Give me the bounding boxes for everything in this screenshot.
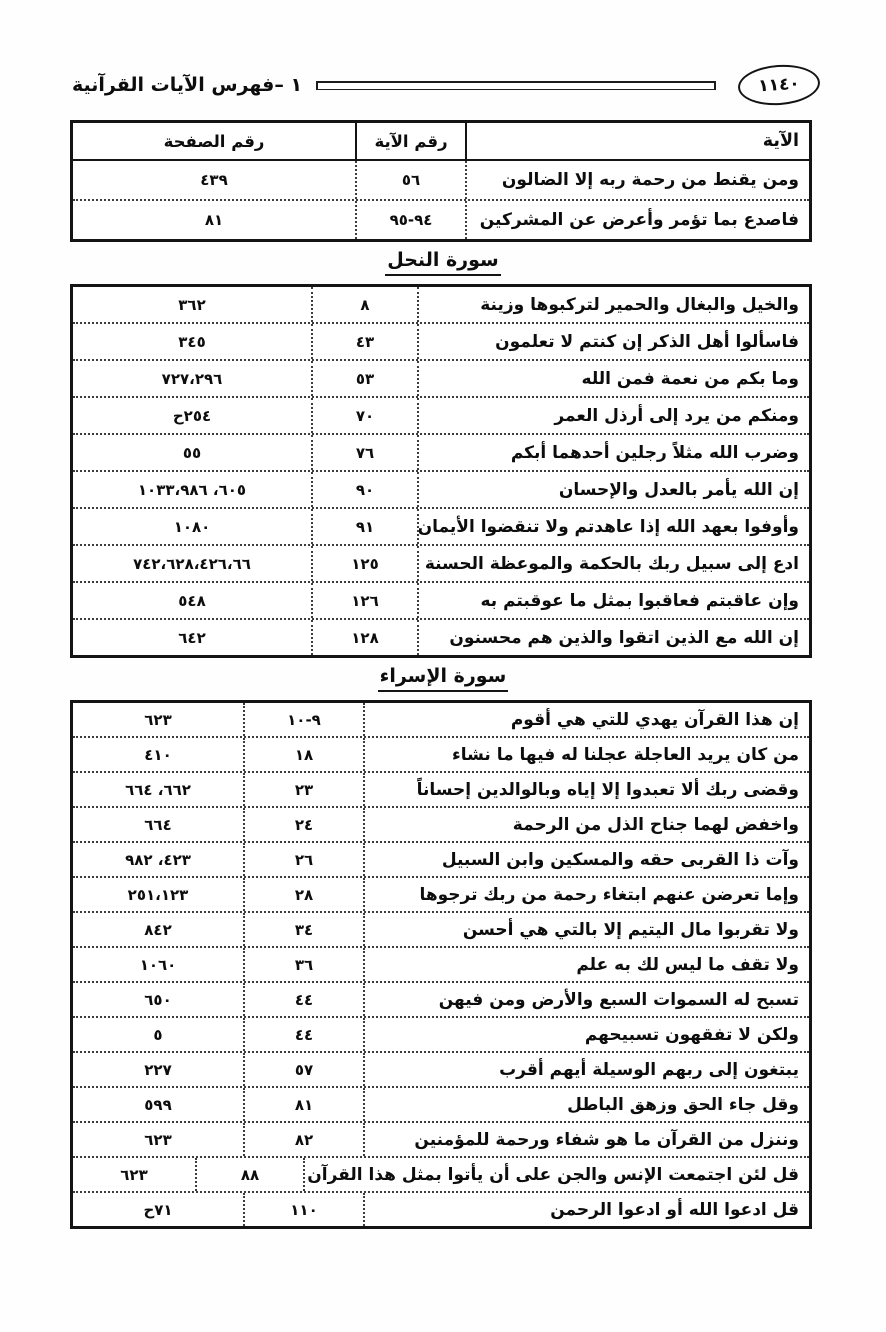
verse-number-cell: ٢٨ xyxy=(243,878,365,911)
page-number-cell: ٢٢٧ xyxy=(73,1053,243,1086)
table-row: ٦٢٣١٠-٩إن هذا القرآن يهدي للتي هي أقوم xyxy=(73,703,809,736)
verse-text-cell: يبتغون إلى ربهم الوسيلة أيهم أقرب xyxy=(365,1053,809,1086)
table-row: ٤١٠١٨من كان يريد العاجلة عجلنا له فيها م… xyxy=(73,736,809,771)
verse-number-cell: ٢٣ xyxy=(243,773,365,806)
table-row: ٣٦٢٨والخيل والبغال والحمير لتركبوها وزين… xyxy=(73,287,809,322)
table-row: ح٧١١١٠قل ادعوا الله أو ادعوا الرحمن xyxy=(73,1191,809,1226)
table-row: ١٠٦٠٣٦ولا تقف ما ليس لك به علم xyxy=(73,946,809,981)
surah-heading-isra: سورة الإسراء xyxy=(378,665,509,692)
table-row: ٥٤٤ولكن لا تفقهون تسبيحهم xyxy=(73,1016,809,1051)
verse-text-cell: وإما تعرضن عنهم ابتغاء رحمة من ربك ترجوه… xyxy=(365,878,809,911)
verse-index-table-isra: ٦٢٣١٠-٩إن هذا القرآن يهدي للتي هي أقوم٤١… xyxy=(70,700,812,1229)
verse-text-cell: فاصدع بما تؤمر وأعرض عن المشركين xyxy=(467,201,809,239)
page-number-cell: ٦٦٤ ،٦٦٢ xyxy=(73,773,243,806)
verse-number-cell: ٧٠ xyxy=(311,398,419,433)
table-row: ح٢٥٤٧٠ومنكم من يرد إلى أرذل العمر xyxy=(73,396,809,433)
table-row: ٦٥٠٤٤تسبح له السموات السبع والأرض ومن في… xyxy=(73,981,809,1016)
page-number-cell: ٥٩٩ xyxy=(73,1088,243,1121)
table-row: ٦٦٤٢٤واخفض لهما جناح الذل من الرحمة xyxy=(73,806,809,841)
page-number-cell: ١٠٨٠ xyxy=(73,509,311,544)
page-number-cell: ٢٥١،١٢٣ xyxy=(73,878,243,911)
table-row: ٦٤٢١٢٨إن الله مع الذين اتقوا والذين هم م… xyxy=(73,618,809,655)
page-number: ١١٤٠ xyxy=(758,74,801,97)
verse-text-cell: وضرب الله مثلاً رجلين أحدهما أبكم xyxy=(419,435,809,470)
verse-number-cell: ٣٦ xyxy=(243,948,365,981)
verse-text-cell: قل لئن اجتمعت الإنس والجن على أن يأتوا ب… xyxy=(305,1158,809,1191)
page-number-cell: ٦٢٣ xyxy=(73,703,243,736)
table-row: ٧٢٧،٢٩٦٥٣وما بكم من نعمة فمن الله xyxy=(73,359,809,396)
surah-heading-nahl: سورة النحل xyxy=(385,249,500,276)
verse-number-cell: ١٢٨ xyxy=(311,620,419,655)
page-number-cell: ٥ xyxy=(73,1018,243,1051)
column-header-page-number: رقم الصفحة xyxy=(73,123,355,159)
table-row: ٦٦٤ ،٦٦٢٢٣وقضى ربك ألا تعبدوا إلا إياه و… xyxy=(73,771,809,806)
table-row: ٢٥١،١٢٣٢٨وإما تعرضن عنهم ابتغاء رحمة من … xyxy=(73,876,809,911)
column-header-verse-number: رقم الآية xyxy=(355,123,467,159)
page-title: ١ –فهرس الآيات القرآنية xyxy=(72,74,302,96)
page-number-cell: ٨٤٢ xyxy=(73,913,243,946)
table-row: ٥٤٨١٢٦وإن عاقبتم فعاقبوا بمثل ما عوقبتم … xyxy=(73,581,809,618)
verse-number-cell: ٥٧ xyxy=(243,1053,365,1086)
verse-number-cell: ١١٠ xyxy=(243,1193,365,1226)
verse-text-cell: فاسألوا أهل الذكر إن كنتم لا تعلمون xyxy=(419,324,809,359)
column-header-verse: الآية xyxy=(467,123,809,159)
verse-text-cell: قل ادعوا الله أو ادعوا الرحمن xyxy=(365,1193,809,1226)
page-number-cell: ٣٤٥ xyxy=(73,324,311,359)
verse-number-cell: ٥٦ xyxy=(355,161,467,199)
page-number-cell: ح٢٥٤ xyxy=(73,398,311,433)
page-header: ١ –فهرس الآيات القرآنية ١١٤٠ xyxy=(72,62,820,108)
verse-text-cell: وآت ذا القربى حقه والمسكين وابن السبيل xyxy=(365,843,809,876)
verse-text-cell: ادع إلى سبيل ربك بالحكمة والموعظة الحسنة xyxy=(419,546,809,581)
verse-text-cell: وأوفوا بعهد الله إذا عاهدتم ولا تنقضوا ا… xyxy=(419,509,809,544)
page-number-cell: ٦٢٣ xyxy=(73,1158,195,1191)
verse-number-cell: ١٠-٩ xyxy=(243,703,365,736)
page-number-cell: ٤٣٩ xyxy=(73,161,355,199)
table-row: ٧٤٢،٦٢٨،٤٢٦،٦٦١٢٥ادع إلى سبيل ربك بالحكم… xyxy=(73,544,809,581)
verse-text-cell: والخيل والبغال والحمير لتركبوها وزينة xyxy=(419,287,809,322)
verse-number-cell: ٤٤ xyxy=(243,1018,365,1051)
verse-text-cell: ولا تقربوا مال اليتيم إلا بالتي هي أحسن xyxy=(365,913,809,946)
section-heading-wrap: سورة النحل xyxy=(0,249,886,279)
page-number-cell: ٩٨٢ ،٤٢٣ xyxy=(73,843,243,876)
verse-number-cell: ٨٢ xyxy=(243,1123,365,1156)
verse-index-table: رقم الصفحة رقم الآية الآية ٤٣٩٥٦ومن يقنط… xyxy=(70,120,812,242)
verse-text-cell: من كان يريد العاجلة عجلنا له فيها ما نشا… xyxy=(365,738,809,771)
verse-text-cell: وما بكم من نعمة فمن الله xyxy=(419,361,809,396)
verse-text-cell: وإن عاقبتم فعاقبوا بمثل ما عوقبتم به xyxy=(419,583,809,618)
scanned-book-page: ١ –فهرس الآيات القرآنية ١١٤٠ رقم الصفحة … xyxy=(0,0,886,1332)
verse-number-cell: ٩٥-٩٤ xyxy=(355,201,467,239)
page-number-cell: ٦٤٢ xyxy=(73,620,311,655)
verse-number-cell: ١٢٥ xyxy=(311,546,419,581)
verse-text-cell: تسبح له السموات السبع والأرض ومن فيهن xyxy=(365,983,809,1016)
verse-number-cell: ٥٣ xyxy=(311,361,419,396)
verse-number-cell: ٣٤ xyxy=(243,913,365,946)
verse-number-cell: ٤٣ xyxy=(311,324,419,359)
verse-number-cell: ٧٦ xyxy=(311,435,419,470)
decorative-rule xyxy=(316,81,716,90)
verse-text-cell: واخفض لهما جناح الذل من الرحمة xyxy=(365,808,809,841)
verse-number-cell: ٨٨ xyxy=(195,1158,305,1191)
table-row: ٣٤٥٤٣فاسألوا أهل الذكر إن كنتم لا تعلمون xyxy=(73,322,809,359)
page-number-badge: ١١٤٠ xyxy=(737,62,822,108)
page-number-cell: ح٧١ xyxy=(73,1193,243,1226)
table-row: ٨١٩٥-٩٤فاصدع بما تؤمر وأعرض عن المشركين xyxy=(73,199,809,239)
table-row: ٦٢٣٨٢وننزل من القرآن ما هو شفاء ورحمة لل… xyxy=(73,1121,809,1156)
verse-text-cell: ولكن لا تفقهون تسبيحهم xyxy=(365,1018,809,1051)
table-row: ٢٢٧٥٧يبتغون إلى ربهم الوسيلة أيهم أقرب xyxy=(73,1051,809,1086)
verse-number-cell: ٩٠ xyxy=(311,472,419,507)
verse-number-cell: ٢٦ xyxy=(243,843,365,876)
table-row: ٦٢٣٨٨قل لئن اجتمعت الإنس والجن على أن يأ… xyxy=(73,1156,809,1191)
page-number-cell: ٥٥ xyxy=(73,435,311,470)
page-number-cell: ٧٤٢،٦٢٨،٤٢٦،٦٦ xyxy=(73,546,311,581)
verse-number-cell: ٤٤ xyxy=(243,983,365,1016)
verse-number-cell: ٩١ xyxy=(311,509,419,544)
section-heading-wrap: سورة الإسراء xyxy=(0,665,886,695)
verse-number-cell: ١٨ xyxy=(243,738,365,771)
page-number-cell: ٥٤٨ xyxy=(73,583,311,618)
verse-text-cell: ومنكم من يرد إلى أرذل العمر xyxy=(419,398,809,433)
page-number-cell: ٧٢٧،٢٩٦ xyxy=(73,361,311,396)
page-number-cell: ١٠٦٠ xyxy=(73,948,243,981)
verse-number-cell: ٢٤ xyxy=(243,808,365,841)
verse-index-table-nahl: ٣٦٢٨والخيل والبغال والحمير لتركبوها وزين… xyxy=(70,284,812,658)
page-number-cell: ١٠٣٣،٩٨٦ ،٦٠٥ xyxy=(73,472,311,507)
table-row: ٩٨٢ ،٤٢٣٢٦وآت ذا القربى حقه والمسكين واب… xyxy=(73,841,809,876)
verse-text-cell: إن الله مع الذين اتقوا والذين هم محسنون xyxy=(419,620,809,655)
verse-text-cell: وقضى ربك ألا تعبدوا إلا إياه وبالوالدين … xyxy=(365,773,809,806)
verse-number-cell: ١٢٦ xyxy=(311,583,419,618)
table-row: ٥٥٧٦وضرب الله مثلاً رجلين أحدهما أبكم xyxy=(73,433,809,470)
table-row: ١٠٨٠٩١وأوفوا بعهد الله إذا عاهدتم ولا تن… xyxy=(73,507,809,544)
verse-number-cell: ٨١ xyxy=(243,1088,365,1121)
verse-text-cell: وننزل من القرآن ما هو شفاء ورحمة للمؤمني… xyxy=(365,1123,809,1156)
page-number-cell: ٤١٠ xyxy=(73,738,243,771)
verse-text-cell: وقل جاء الحق وزهق الباطل xyxy=(365,1088,809,1121)
table-row: ٥٩٩٨١وقل جاء الحق وزهق الباطل xyxy=(73,1086,809,1121)
verse-text-cell: ولا تقف ما ليس لك به علم xyxy=(365,948,809,981)
page-number-cell: ٨١ xyxy=(73,201,355,239)
verse-text-cell: إن الله يأمر بالعدل والإحسان xyxy=(419,472,809,507)
table-header-row: رقم الصفحة رقم الآية الآية xyxy=(73,123,809,161)
table-row: ١٠٣٣،٩٨٦ ،٦٠٥٩٠إن الله يأمر بالعدل والإح… xyxy=(73,470,809,507)
table-row: ٨٤٢٣٤ولا تقربوا مال اليتيم إلا بالتي هي … xyxy=(73,911,809,946)
verse-text-cell: إن هذا القرآن يهدي للتي هي أقوم xyxy=(365,703,809,736)
page-number-cell: ٣٦٢ xyxy=(73,287,311,322)
page-number-cell: ٦٢٣ xyxy=(73,1123,243,1156)
page-number-cell: ٦٦٤ xyxy=(73,808,243,841)
page-number-cell: ٦٥٠ xyxy=(73,983,243,1016)
table-row: ٤٣٩٥٦ومن يقنط من رحمة ربه إلا الضالون xyxy=(73,161,809,199)
verse-number-cell: ٨ xyxy=(311,287,419,322)
verse-text-cell: ومن يقنط من رحمة ربه إلا الضالون xyxy=(467,161,809,199)
